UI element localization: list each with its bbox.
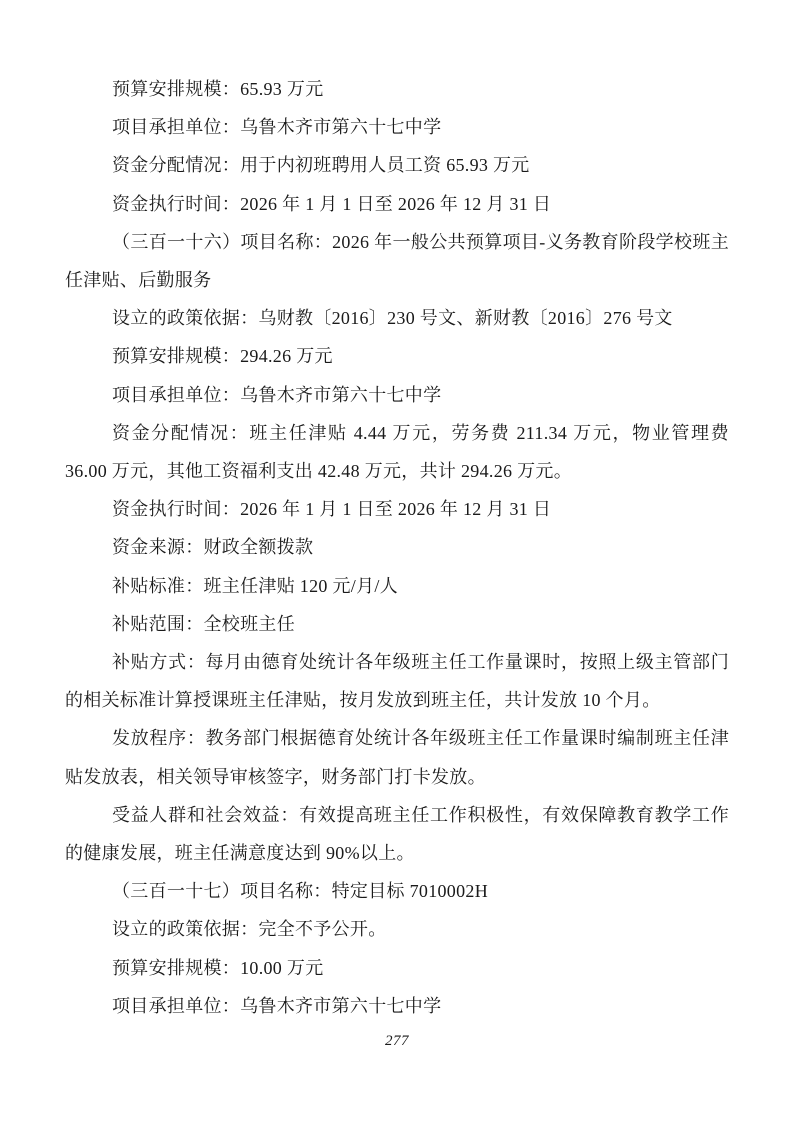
line-fund-allocation: 资金分配情况：用于内初班聘用人员工资 65.93 万元 — [65, 146, 729, 184]
line-fund-execution-time-2: 资金执行时间：2026 年 1 月 1 日至 2026 年 12 月 31 日 — [65, 490, 729, 528]
document-page: 预算安排规模：65.93 万元 项目承担单位：乌鲁木齐市第六十七中学 资金分配情… — [0, 0, 793, 1122]
line-fund-execution-time: 资金执行时间：2026 年 1 月 1 日至 2026 年 12 月 31 日 — [65, 185, 729, 223]
document-body: 预算安排规模：65.93 万元 项目承担单位：乌鲁木齐市第六十七中学 资金分配情… — [65, 70, 729, 1025]
line-project-317-name: （三百一十七）项目名称：特定目标 7010002H — [65, 872, 729, 910]
line-budget-scale: 预算安排规模：65.93 万元 — [65, 70, 729, 108]
line-undertaking-unit-3: 项目承担单位：乌鲁木齐市第六十七中学 — [65, 987, 729, 1025]
line-beneficiaries-social-benefit: 受益人群和社会效益：有效提高班主任工作积极性，有效保障教育教学工作的健康发展，班… — [65, 796, 729, 872]
line-subsidy-standard: 补贴标准：班主任津贴 120 元/月/人 — [65, 567, 729, 605]
line-project-316-name: （三百一十六）项目名称：2026 年一般公共预算项目-义务教育阶段学校班主任津贴… — [65, 223, 729, 299]
line-fund-source: 资金来源：财政全额拨款 — [65, 528, 729, 566]
line-budget-scale-2: 预算安排规模：294.26 万元 — [65, 337, 729, 375]
page-footer: 277 — [65, 1032, 729, 1050]
page-number: 277 — [385, 1033, 409, 1050]
line-subsidy-scope: 补贴范围：全校班主任 — [65, 605, 729, 643]
line-policy-basis: 设立的政策依据：乌财教〔2016〕230 号文、新财教〔2016〕276 号文 — [65, 299, 729, 337]
line-undertaking-unit: 项目承担单位：乌鲁木齐市第六十七中学 — [65, 108, 729, 146]
line-budget-scale-3: 预算安排规模：10.00 万元 — [65, 949, 729, 987]
line-fund-allocation-2: 资金分配情况：班主任津贴 4.44 万元，劳务费 211.34 万元，物业管理费… — [65, 414, 729, 490]
line-undertaking-unit-2: 项目承担单位：乌鲁木齐市第六十七中学 — [65, 376, 729, 414]
line-policy-basis-2: 设立的政策依据：完全不予公开。 — [65, 910, 729, 948]
line-disbursement-procedure: 发放程序：教务部门根据德育处统计各年级班主任工作量课时编制班主任津贴发放表，相关… — [65, 719, 729, 795]
line-subsidy-method: 补贴方式：每月由德育处统计各年级班主任工作量课时，按照上级主管部门的相关标准计算… — [65, 643, 729, 719]
